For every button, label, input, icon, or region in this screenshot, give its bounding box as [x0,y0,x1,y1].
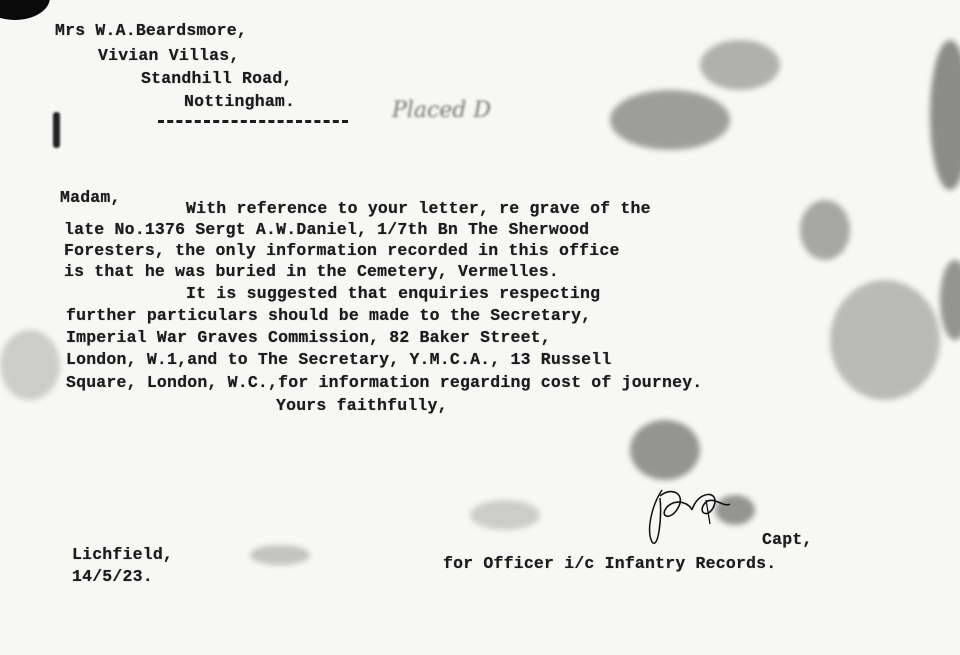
ink-blot-top-left [0,0,50,20]
body-line-3: Foresters, the only information recorded… [64,243,620,260]
recipient-address-line-1: Vivian Villas, [98,48,239,65]
place: Lichfield, [72,547,173,564]
recipient-address-line-2: Standhill Road, [141,71,293,88]
stain [800,200,850,260]
body-line-5: It is suggested that enquiries respectin… [186,286,600,303]
stain [700,40,780,90]
address-divider [158,120,348,123]
recipient-address-line-3: Nottingham. [184,94,295,111]
stain [470,500,540,530]
recipient-name: Mrs W.A.Beardsmore, [55,23,247,40]
body-line-6: further particulars should be made to th… [66,308,591,325]
stain [830,280,940,400]
stain [630,420,700,480]
salutation: Madam, [60,190,121,207]
signatory-title: for Officer i/c Infantry Records. [443,556,776,573]
body-line-4: is that he was buried in the Cemetery, V… [64,264,559,281]
body-line-2: late No.1376 Sergt A.W.Daniel, 1/7th Bn … [64,222,589,239]
body-line-1: With reference to your letter, re grave … [186,201,651,218]
body-line-8: London, W.1,and to The Secretary, Y.M.C.… [66,352,612,369]
stain [940,260,960,340]
handwritten-annotation: Placed D [392,98,491,123]
date: 14/5/23. [72,569,153,586]
body-line-7: Imperial War Graves Commission, 82 Baker… [66,330,551,347]
stain [0,330,60,400]
stain [250,545,310,565]
closing: Yours faithfully, [276,398,448,415]
stain [610,90,730,150]
rank: Capt, [762,532,813,549]
body-line-9: Square, London, W.C.,for information reg… [66,375,702,392]
signature-scrawl [640,480,750,550]
letter-page: Mrs W.A.Beardsmore, Vivian Villas, Stand… [0,0,960,655]
margin-mark [53,112,60,148]
stain [930,40,960,190]
